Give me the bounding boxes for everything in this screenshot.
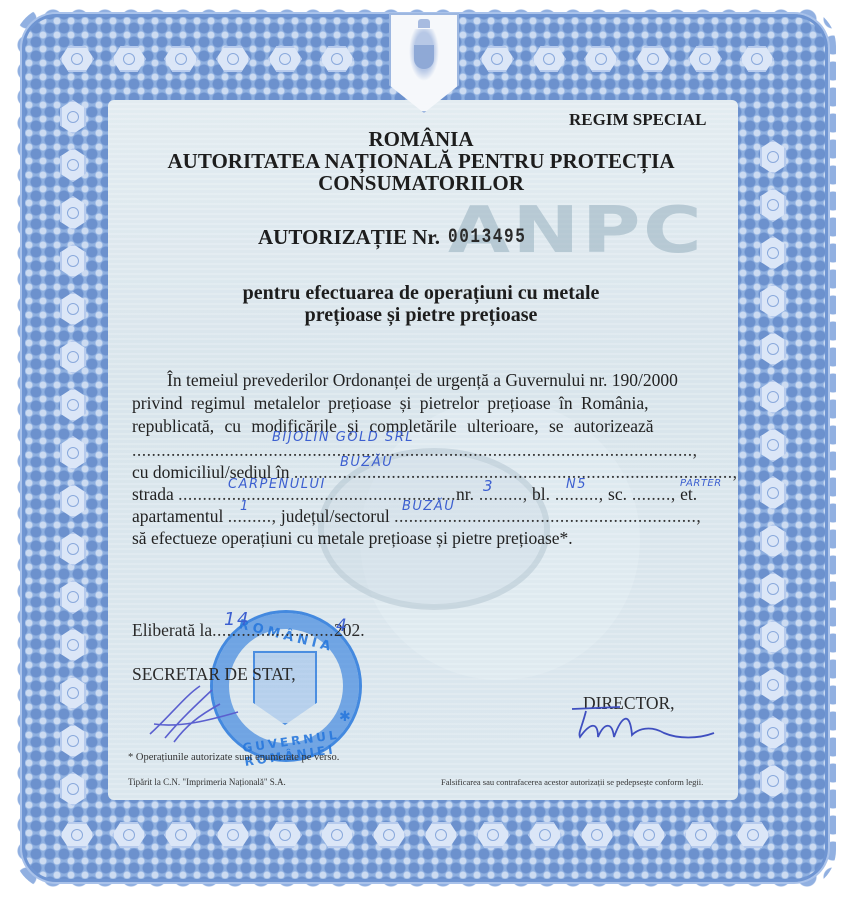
border-rosettes-right xyxy=(760,140,786,798)
handwritten-city: BUZĂU xyxy=(340,455,393,470)
company-field: ........................................… xyxy=(132,440,698,461)
stamp-star-icon: ✱ xyxy=(339,709,351,726)
authorization-number: 0013495 xyxy=(448,226,526,249)
apartment-label: apartamentul xyxy=(132,506,223,526)
forgery-warning: Falsificarea sau contrafacerea acestor a… xyxy=(441,777,703,787)
handwritten-floor: PARTER xyxy=(680,478,722,489)
street-label: strada xyxy=(132,484,174,504)
body-line-1: În temeiul prevederilor Ordonanței de ur… xyxy=(167,370,678,391)
printer-credit: Tipărit la C.N. "Imprimeria Națională" S… xyxy=(128,777,286,787)
border-rosettes-left xyxy=(60,100,86,806)
bl-label: bl. xyxy=(532,484,550,504)
border-rosettes-top xyxy=(60,46,354,72)
footnote: * Operațiunile autorizate sunt enumerate… xyxy=(128,752,339,763)
handwritten-company: BIJOLIN GOLD SRL xyxy=(272,430,414,445)
authorization-label: AUTORIZAȚIE Nr. xyxy=(258,225,440,250)
border-rosettes-top-right xyxy=(480,46,774,72)
header-authority-line2: CONSUMATORILOR xyxy=(0,171,842,196)
domicile-field: cu domiciliul/sediul în ................… xyxy=(132,462,737,483)
handwritten-street: CARPENULUI xyxy=(228,477,326,492)
purpose-line-2: prețioase și pietre prețioase xyxy=(0,304,842,327)
handwritten-apartment: 1 xyxy=(240,499,250,514)
body-closing: să efectueze operațiuni cu metale prețio… xyxy=(132,528,573,549)
purpose-line-1: pentru efectuarea de operațiuni cu metal… xyxy=(0,282,842,305)
authorization-certificate: ANPC REGIM SPECIAL ROMÂNIA AUTORITATEA N… xyxy=(0,0,842,900)
handwritten-issue-day: 14 xyxy=(224,609,250,630)
handwritten-issue-year: 4 xyxy=(336,616,348,636)
county-label: județul/sectorul xyxy=(281,506,390,526)
stamp-coat-of-arms-icon xyxy=(253,651,317,725)
handwritten-nr: 3 xyxy=(483,477,494,495)
sc-label: sc. xyxy=(608,484,627,504)
body-line-2: privind regimul metalelor prețioase și p… xyxy=(132,393,649,414)
border-rosettes-bottom xyxy=(60,822,770,848)
director-signature xyxy=(568,703,718,753)
secretary-signature xyxy=(140,676,260,746)
issued-label: Eliberată la xyxy=(132,620,212,640)
handwritten-county: BUZĂU xyxy=(402,499,455,514)
handwritten-bl: N5 xyxy=(566,477,587,492)
nr-label: nr. xyxy=(456,484,474,504)
